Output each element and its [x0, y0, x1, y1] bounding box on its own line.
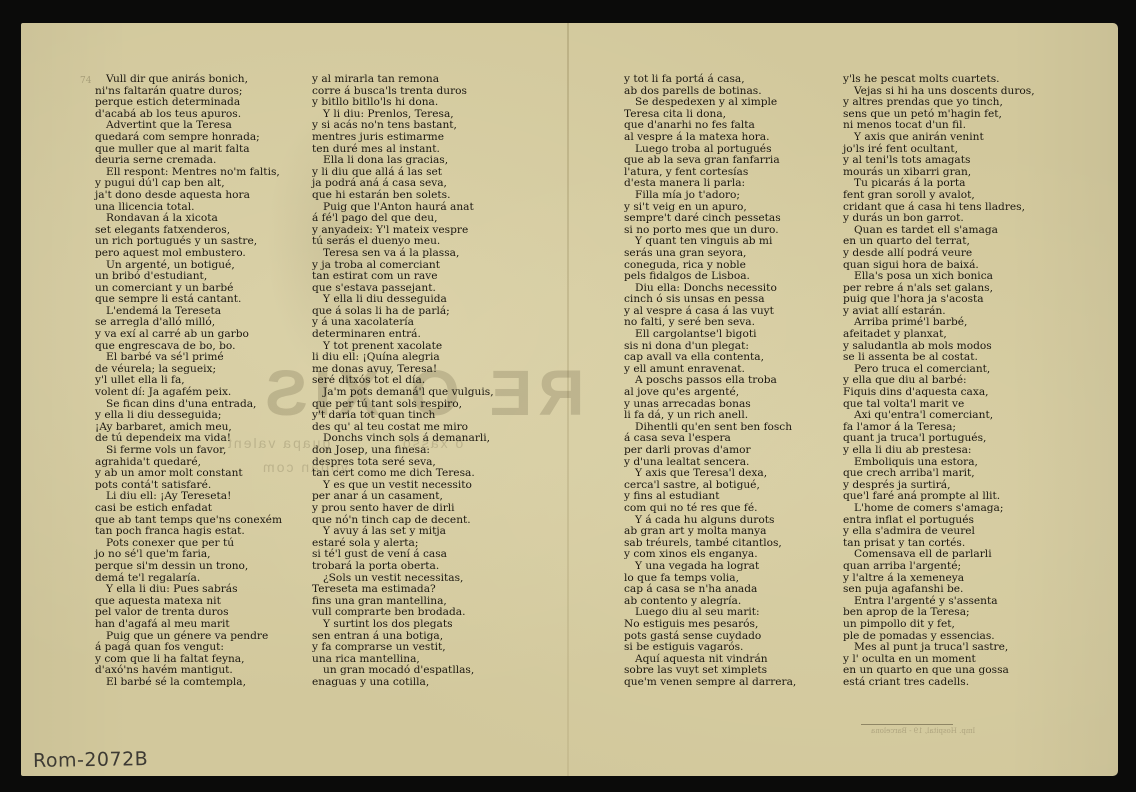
verse-line: per darli provas d'amor: [624, 445, 796, 457]
verse-line: y tot li fa portá á casa,: [624, 74, 796, 86]
verse-line: si be estiguis vagarós.: [624, 642, 796, 654]
verse-line: que hi estarán ben solets.: [312, 190, 494, 202]
verse-line: No estiguis mes pesarós,: [624, 619, 796, 631]
verse-line: sen puja agafanshi be.: [843, 584, 1035, 596]
verse-line: Y ella li diu: Pues sabrás: [95, 584, 282, 596]
verse-line: casi be estich enfadat: [95, 503, 282, 515]
verse-column-1: Vull dir que anirás bonich,ni'ns faltará…: [95, 74, 282, 688]
verse-line: un bribó d'estudiant,: [95, 271, 282, 283]
verse-line: cap á casa se n'ha anada: [624, 584, 796, 596]
verse-line: Tereseta ma estimada?: [312, 584, 494, 596]
verse-line: volent dí: Ja agafém peix.: [95, 387, 282, 399]
verse-line: han d'agafá al meu marit: [95, 619, 282, 631]
verse-line: y desde allí podrá veure: [843, 248, 1035, 260]
verse-line: Y una vegada ha lograt: [624, 561, 796, 573]
verse-line: ja't dono desde aquesta hora: [95, 190, 282, 202]
verse-line: pels fidalgos de Lisboa.: [624, 271, 796, 283]
verse-line: y fa comprarse un vestit,: [312, 642, 494, 654]
verse-column-2: y al mirarla tan remonacorre á busca'ls …: [312, 74, 494, 688]
verse-line: determinaren entrá.: [312, 329, 494, 341]
verse-line: don Josep, una finesa:: [312, 445, 494, 457]
verse-line: y prou sento haver de dirli: [312, 503, 494, 515]
verse-line: y al mirarla tan remona: [312, 74, 494, 86]
verse-line: á fé'l pago del que deu,: [312, 213, 494, 225]
verse-line: al vespre á la matexa hora.: [624, 132, 796, 144]
verse-line: que'm venen sempre al darrera,: [624, 677, 796, 689]
verse-line: Y surtint los dos plegats: [312, 619, 494, 631]
verse-line: L'home de comers s'amaga;: [843, 503, 1035, 515]
verse-line: tan estirat com un rave: [312, 271, 494, 283]
verse-line: y ella li diu ab prestesa:: [843, 445, 1035, 457]
verse-line: fent gran soroll y avalot,: [843, 190, 1035, 202]
verse-line: trobará la porta oberta.: [312, 561, 494, 573]
verse-line: Y axis que anirán venint: [843, 132, 1035, 144]
verse-line: enaguas y una cotilla,: [312, 677, 494, 689]
verse-line: deuria serne cremada.: [95, 155, 282, 167]
verse-line: Ella li dona las gracias,: [312, 155, 494, 167]
verse-line: Fiquis dins d'aquesta caxa,: [843, 387, 1035, 399]
handwritten-catalog-label: Rom-2072B: [33, 748, 149, 772]
verse-line: afeitadet y planxat,: [843, 329, 1035, 341]
verse-line: Ja'm pots demaná'l que vulguis,: [312, 387, 494, 399]
verse-line: Filla mía jo t'adoro;: [624, 190, 796, 202]
verse-line: quedará com sempre honrada;: [95, 132, 282, 144]
verse-line: perque si'm dessin un trono,: [95, 561, 282, 573]
verse-line: está criant tres cadells.: [843, 677, 1035, 689]
verse-line: El barbé sé la comtempla,: [95, 677, 282, 689]
verse-line: á pagá quan fos vengut:: [95, 642, 282, 654]
verse-line: Y avuy á las set y mitja: [312, 526, 494, 538]
verse-line: serás una gran seyora,: [624, 248, 796, 260]
verse-line: Vull dir que anirás bonich,: [95, 74, 282, 86]
verse-line: Rondavan á la xicota: [95, 213, 282, 225]
verse-column-4: y'ls he pescat molts cuartets.Vejas si h…: [843, 74, 1035, 688]
verse-line: y ella s'admira de veurel: [843, 526, 1035, 538]
verse-line: ab gran art y molta manya: [624, 526, 796, 538]
end-rule: [861, 724, 953, 725]
verse-line: Teresa sen va á la plassa,: [312, 248, 494, 260]
verse-line: y va exí al carré ab un garbo: [95, 329, 282, 341]
verse-line: y durás un bon garrot.: [843, 213, 1035, 225]
verse-line: y al teni'ls tots amagats: [843, 155, 1035, 167]
verse-line: que ab la seva gran fanfarria: [624, 155, 796, 167]
verse-line: com qui no té res que fé.: [624, 503, 796, 515]
verse-line: tan poch franca hagis estat.: [95, 526, 282, 538]
verse-line: Ella's posa un xich bonica: [843, 271, 1035, 283]
verse-line: quan arriba l'argenté;: [843, 561, 1035, 573]
verse-line: Si ferme vols un favor,: [95, 445, 282, 457]
verse-line: sempre't daré cinch pessetas: [624, 213, 796, 225]
verse-line: al jove qu'es argenté,: [624, 387, 796, 399]
verse-line: y'ls he pescat molts cuartets.: [843, 74, 1035, 86]
ghost-page-number: 74: [80, 76, 91, 86]
verse-line: mentres juris estimarme: [312, 132, 494, 144]
verse-line: pero aquest mol embustero.: [95, 248, 282, 260]
verse-line: Ell cargolantse'l bigoti: [624, 329, 796, 341]
ghost-imprint: Imp. Hospital, 19 - Barcelona: [871, 727, 975, 735]
verse-line: un pimpollo dit y fet,: [843, 619, 1035, 631]
verse-column-3: y tot li fa portá á casa,ab dos parells …: [624, 74, 796, 688]
verse-line: Mes al punt ja truca'l sastre,: [843, 642, 1035, 654]
